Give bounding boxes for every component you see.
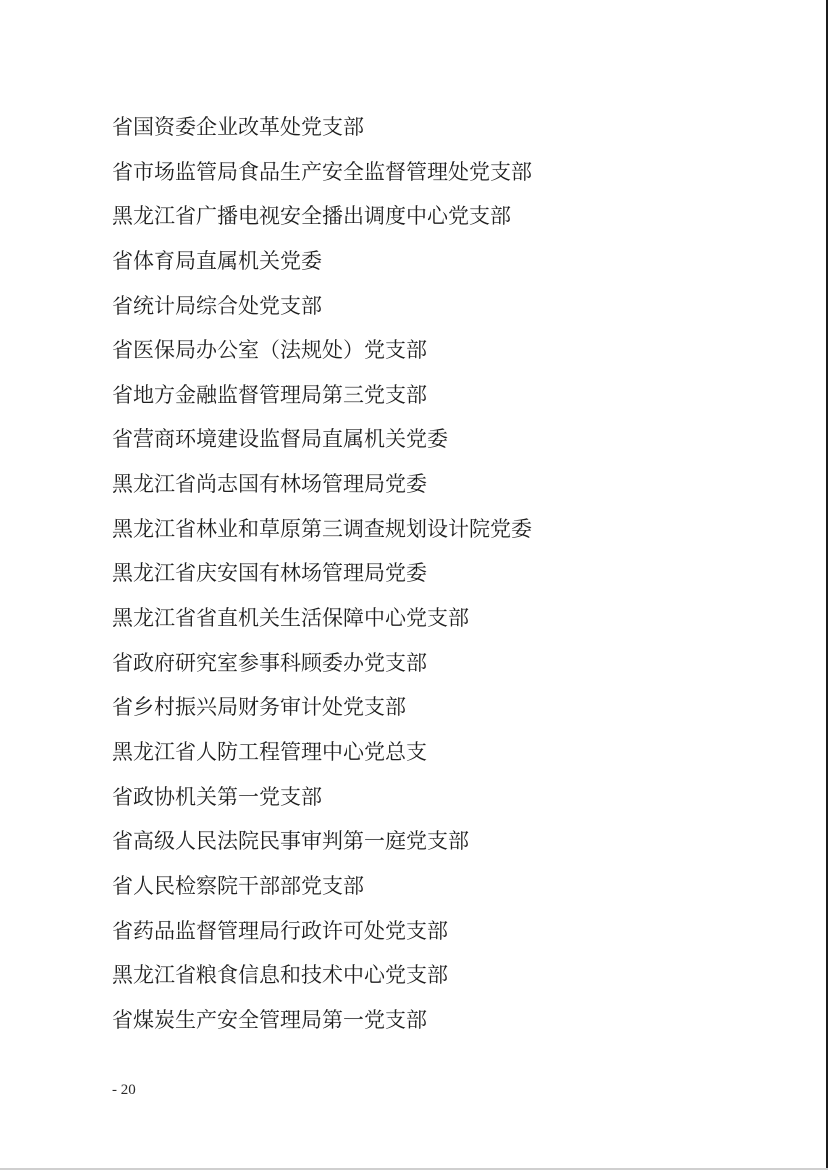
list-item: 省地方金融监督管理局第三党支部 (112, 374, 772, 419)
list-item: 黑龙江省省直机关生活保障中心党支部 (112, 597, 772, 642)
list-item: 省煤炭生产安全管理局第一党支部 (112, 999, 772, 1044)
list-item: 黑龙江省庆安国有林场管理局党委 (112, 552, 772, 597)
list-item: 省高级人民法院民事审判第一庭党支部 (112, 820, 772, 865)
page-number: - 20 (112, 1081, 136, 1099)
list-item: 省市场监管局食品生产安全监督管理处党支部 (112, 151, 772, 196)
list-item: 省乡村振兴局财务审计处党支部 (112, 686, 772, 731)
list-item: 省医保局办公室（法规处）党支部 (112, 329, 772, 374)
party-branch-list: 省国资委企业改革处党支部 省市场监管局食品生产安全监督管理处党支部 黑龙江省广播… (112, 106, 772, 1043)
list-item: 省国资委企业改革处党支部 (112, 106, 772, 151)
list-item: 省统计局综合处党支部 (112, 285, 772, 330)
list-item: 省体育局直属机关党委 (112, 240, 772, 285)
list-item: 黑龙江省粮食信息和技术中心党支部 (112, 954, 772, 999)
document-page: 省国资委企业改革处党支部 省市场监管局食品生产安全监督管理处党支部 黑龙江省广播… (0, 0, 828, 1170)
list-item: 省人民检察院干部部党支部 (112, 865, 772, 910)
list-item: 黑龙江省广播电视安全播出调度中心党支部 (112, 195, 772, 240)
list-item: 省政府研究室参事科顾委办党支部 (112, 642, 772, 687)
list-item: 省药品监督管理局行政许可处党支部 (112, 910, 772, 955)
list-item: 省营商环境建设监督局直属机关党委 (112, 418, 772, 463)
list-item: 黑龙江省尚志国有林场管理局党委 (112, 463, 772, 508)
list-item: 黑龙江省林业和草原第三调查规划设计院党委 (112, 508, 772, 553)
list-item: 省政协机关第一党支部 (112, 776, 772, 821)
list-item: 黑龙江省人防工程管理中心党总支 (112, 731, 772, 776)
